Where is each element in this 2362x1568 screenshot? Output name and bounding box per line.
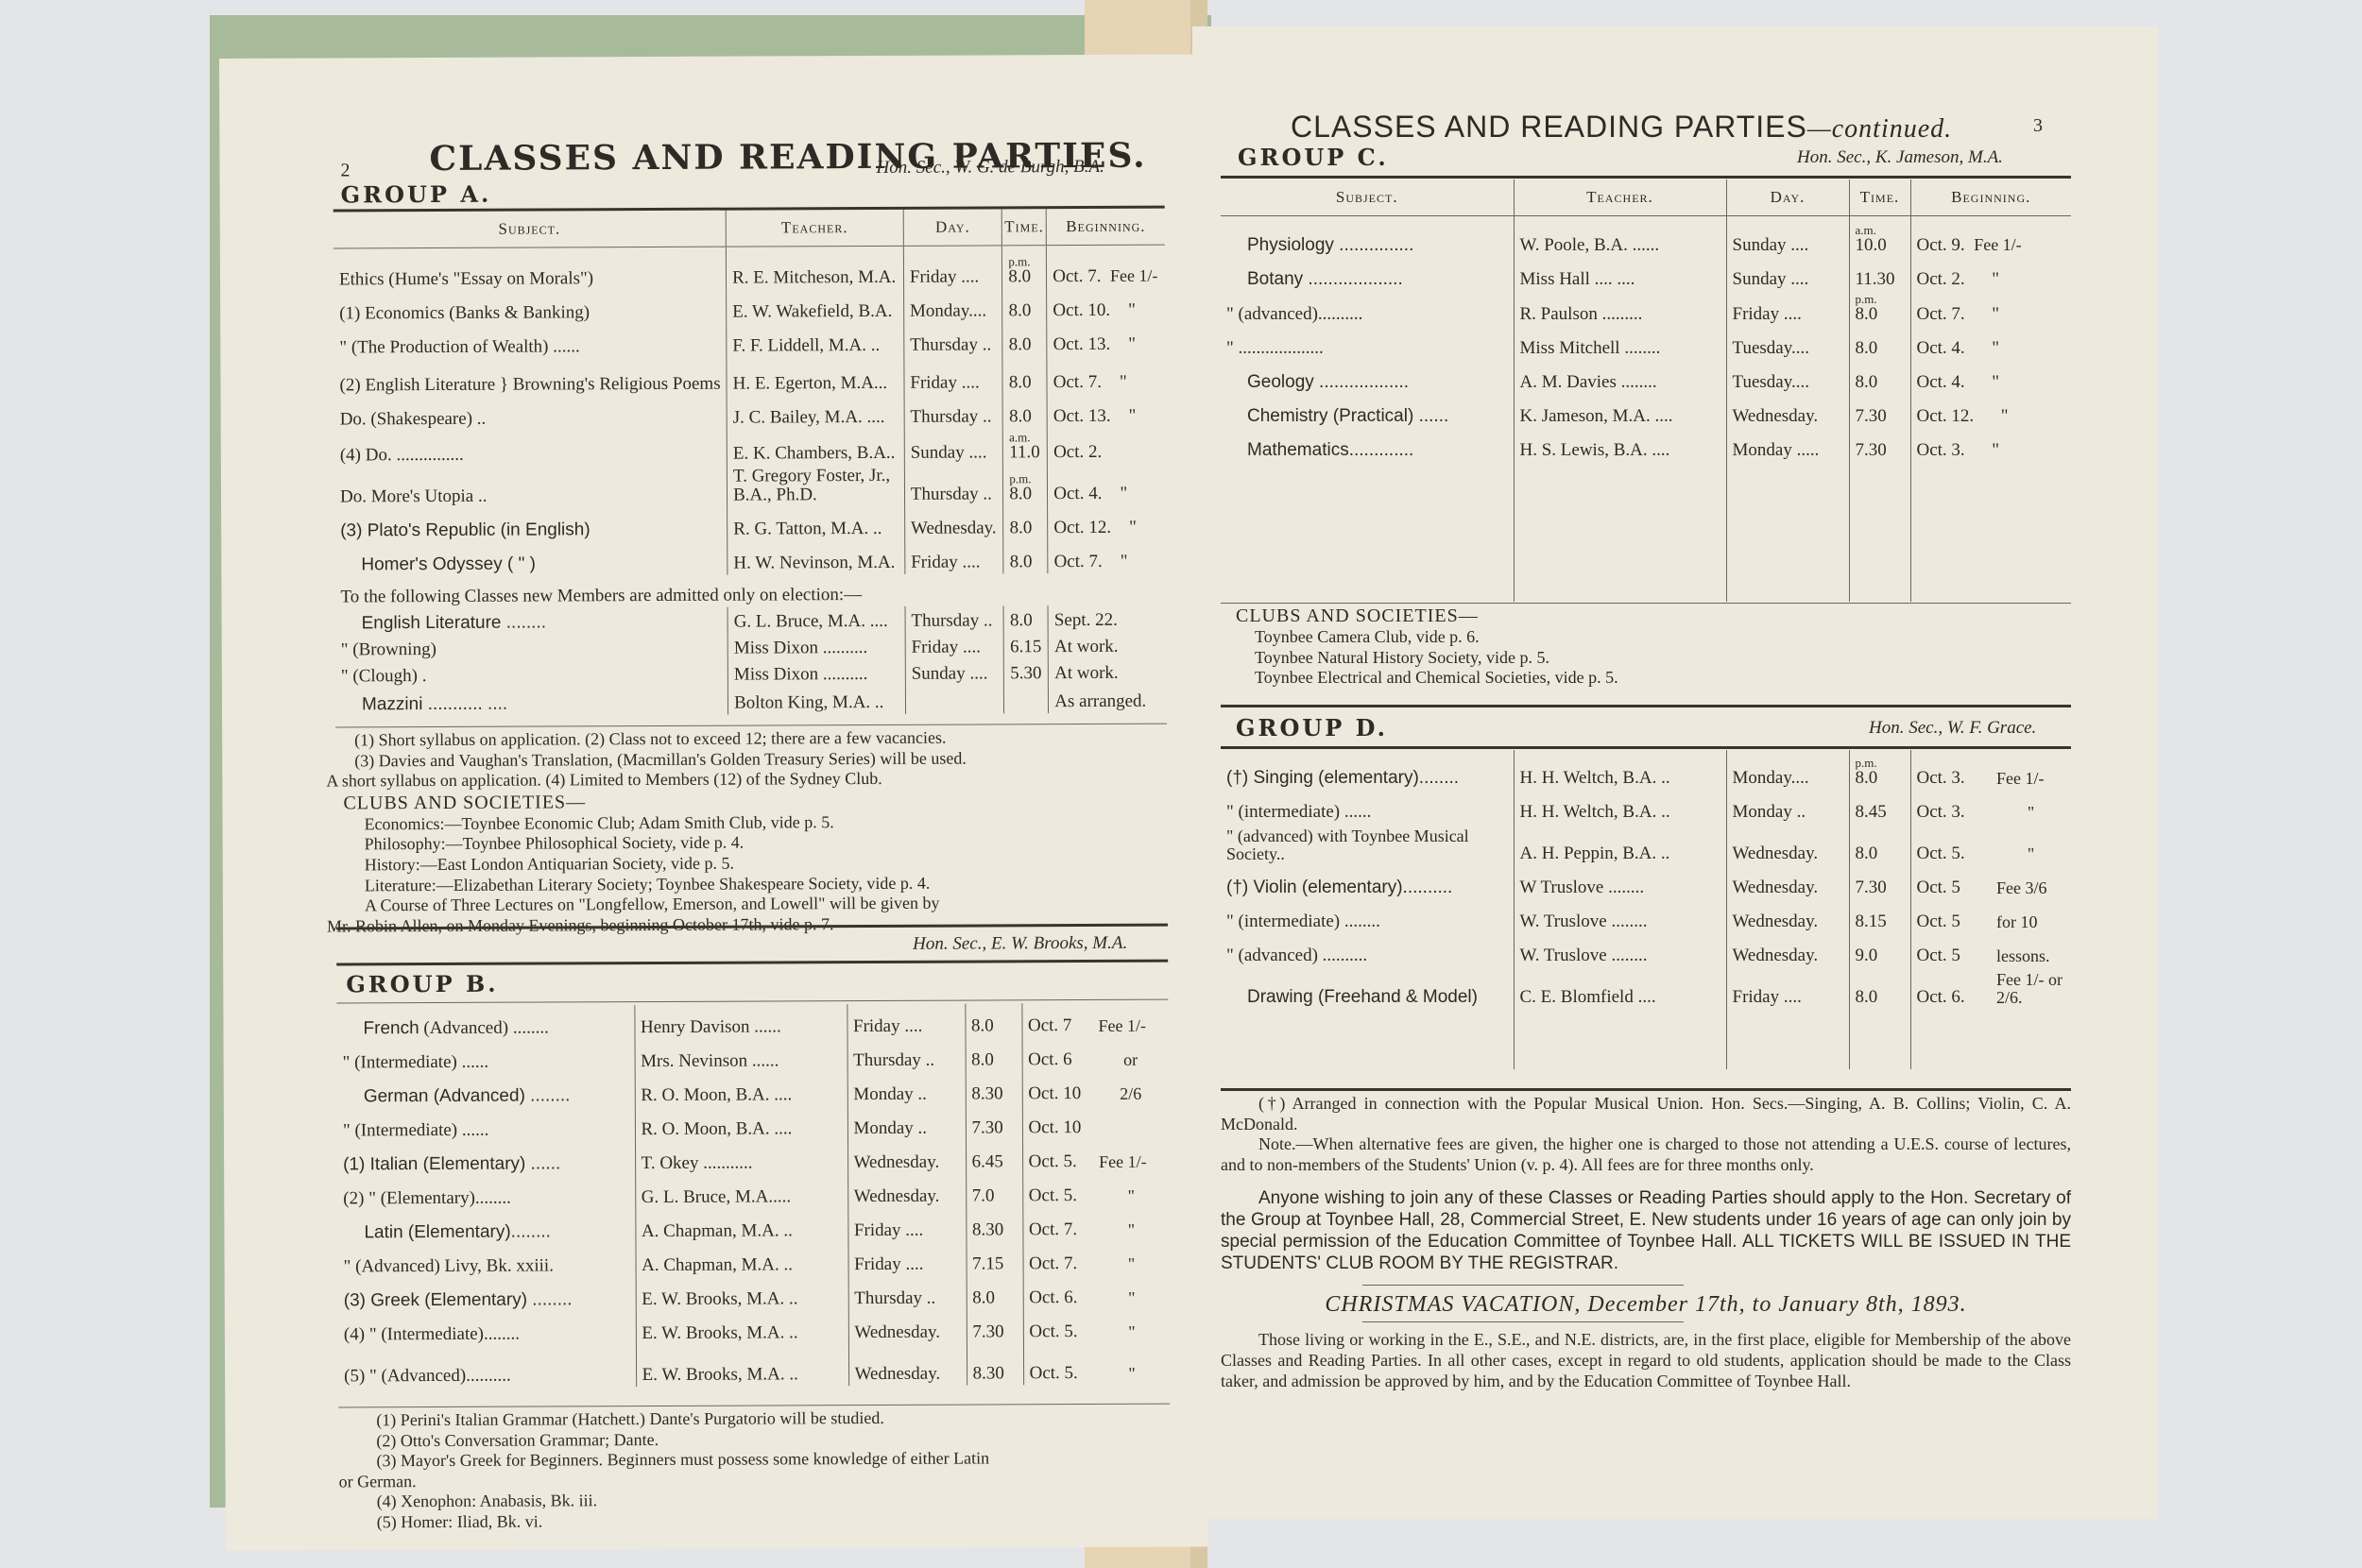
page-number: 3 — [2033, 115, 2043, 137]
table-row: " (advanced) ..........W. Truslove .....… — [1221, 933, 2071, 967]
group-a-footnotes: (1) Short syllabus on application. (2) C… — [326, 728, 967, 937]
christmas-vacation: CHRISTMAS VACATION, December 17th, to Ja… — [1221, 1291, 2071, 1319]
table-row: Geology ..................A. M. Davies .… — [1221, 360, 2071, 394]
table-row: " (advanced)..........R. Paulson .......… — [1221, 291, 2071, 326]
table-row: Do. More's Utopia .. T. Gregory Foster, … — [334, 464, 1166, 509]
table-row-empty — [1221, 1009, 2071, 1069]
group-a-heading: GROUP A. — [341, 180, 492, 209]
col-time: Time. — [1849, 179, 1910, 215]
group-d-table: (†) Singing (elementary)........H. H. We… — [1221, 750, 2071, 1069]
page-title-continued: CLASSES AND READING PARTIES—continued. — [1291, 110, 1952, 145]
table-row: " (Intermediate) ......R. O. Moon, B.A. … — [337, 1105, 1169, 1143]
hon-sec-group-b: Hon. Sec., E. W. Brooks, M.A. — [913, 933, 1127, 955]
table-row: " (intermediate) ........W. Truslove ...… — [1221, 899, 2071, 933]
fees-note: Note.—When alternative fees are given, t… — [1221, 1134, 2071, 1175]
clubs-heading-c: CLUBS AND SOCIETIES— — [1236, 605, 1618, 627]
group-b-table: French (Advanced) ........Henry Davison … — [336, 1003, 1170, 1389]
table-row: Physiology ...............W. Poole, B.A.… — [1221, 215, 2071, 257]
group-c-clubs: CLUBS AND SOCIETIES— Toynbee Camera Club… — [1236, 605, 1618, 689]
dagger-note: (†) Arranged in connection with the Popu… — [1221, 1094, 2071, 1134]
col-time: Time. — [1002, 209, 1047, 245]
table-row: Mazzini ........... .... Bolton King, M.… — [335, 685, 1167, 717]
table-row: " (intermediate) ......H. H. Weltch, B.A… — [1221, 790, 2071, 824]
table-row: (†) Violin (elementary)..........W Trusl… — [1221, 865, 2071, 899]
table-row: " (The Production of Wealth) ...... F. F… — [334, 322, 1165, 360]
apply-note: Anyone wishing to join any of these Clas… — [1221, 1188, 2071, 1274]
election-note-row: To the following Classes new Members are… — [334, 573, 1166, 609]
col-beginning: Beginning. — [1910, 179, 2071, 215]
group-c-table: Subject. Teacher. Day. Time. Beginning. … — [1221, 179, 2071, 602]
table-row: (1) Italian (Elementary) ......T. Okey .… — [337, 1139, 1169, 1177]
right-page: CLASSES AND READING PARTIES—continued. 3… — [1192, 26, 2158, 1519]
page-number: 2 — [340, 160, 350, 181]
group-b-heading: GROUP B. — [346, 970, 498, 998]
group-c-heading: GROUP C. — [1238, 144, 1389, 171]
table-row: " ...................Miss Mitchell .....… — [1221, 326, 2071, 360]
group-d-notes: (†) Arranged in connection with the Popu… — [1221, 1094, 2071, 1391]
table-row: Latin (Elementary)........A. Chapman, M.… — [337, 1207, 1169, 1245]
table-row: " (Advanced) Livy, Bk. xxiii.A. Chapman,… — [337, 1241, 1169, 1279]
col-beginning: Beginning. — [1046, 209, 1164, 246]
col-day: Day. — [903, 209, 1002, 245]
table-row-empty — [1221, 462, 2071, 602]
table-row: German (Advanced) ........R. O. Moon, B.… — [337, 1071, 1169, 1109]
col-subject: Subject. — [334, 211, 727, 248]
table-row: (2) English Literature } Browning's Reli… — [334, 356, 1165, 398]
group-b-footnotes: (1) Perini's Italian Grammar (Hatchett.)… — [338, 1407, 989, 1533]
col-teacher: Teacher. — [726, 210, 903, 247]
table-row: (4) " (Intermediate)........E. W. Brooks… — [338, 1309, 1170, 1347]
group-d-heading: GROUP D. — [1236, 714, 1388, 741]
col-day: Day. — [1726, 179, 1849, 215]
table-row: (2) " (Elementary)........G. L. Bruce, M… — [337, 1173, 1169, 1211]
table-row: " (Browning) Miss Dixon ..........Friday… — [335, 632, 1167, 662]
eligibility-note: Those living or working in the E., S.E.,… — [1221, 1330, 2071, 1391]
clubs-heading-a: CLUBS AND SOCIETIES— — [326, 789, 967, 814]
table-row: Mathematics.............H. S. Lewis, B.A… — [1221, 428, 2071, 462]
table-row: " (Clough) . Miss Dixon ..........Sunday… — [335, 658, 1167, 689]
table-row: Ethics (Hume's "Essay on Morals") R. E. … — [334, 245, 1165, 292]
table-row: " (advanced) with Toynbee Musical Societ… — [1221, 824, 2071, 865]
hon-sec-group-d: Hon. Sec., W. F. Grace. — [1869, 718, 2036, 739]
group-a-table: Subject. Teacher. Day. Time. Beginning. … — [334, 209, 1167, 717]
table-row: (4) Do. ............... E. K. Chambers, … — [334, 428, 1166, 468]
table-row: (3) Plato's Republic (in English) R. G. … — [334, 505, 1166, 543]
hon-sec-group-a: Hon. Sec., W. G. de Burgh, B.A. — [876, 157, 1104, 179]
hon-sec-group-c: Hon. Sec., K. Jameson, M.A. — [1797, 147, 2003, 168]
table-row: Botany ...................Miss Hall ....… — [1221, 257, 2071, 291]
table-row: (3) Greek (Elementary) ........E. W. Bro… — [338, 1275, 1170, 1313]
table-row: French (Advanced) ........Henry Davison … — [336, 1003, 1168, 1041]
table-row: (5) " (Advanced)..........E. W. Brooks, … — [338, 1343, 1170, 1389]
table-row: Do. (Shakespeare) .. J. C. Bailey, M.A. … — [334, 394, 1166, 432]
left-page: 2 CLASSES AND READING PARTIES. Hon. Sec.… — [219, 54, 1208, 1551]
table-row: " (Intermediate) ......Mrs. Nevinson ...… — [337, 1037, 1169, 1075]
col-teacher: Teacher. — [1514, 179, 1726, 215]
table-row: (†) Singing (elementary)........H. H. We… — [1221, 750, 2071, 790]
table-row: Homer's Odyssey ( " ) H. W. Nevinson, M.… — [334, 539, 1166, 577]
table-row: (1) Economics (Banks & Banking) E. W. Wa… — [334, 288, 1165, 326]
table-row: Chemistry (Practical) ......K. Jameson, … — [1221, 394, 2071, 428]
table-row: Drawing (Freehand & Model)C. E. Blomfiel… — [1221, 967, 2071, 1009]
col-subject: Subject. — [1221, 179, 1514, 215]
table-row: English Literature ........ G. L. Bruce,… — [335, 605, 1167, 636]
